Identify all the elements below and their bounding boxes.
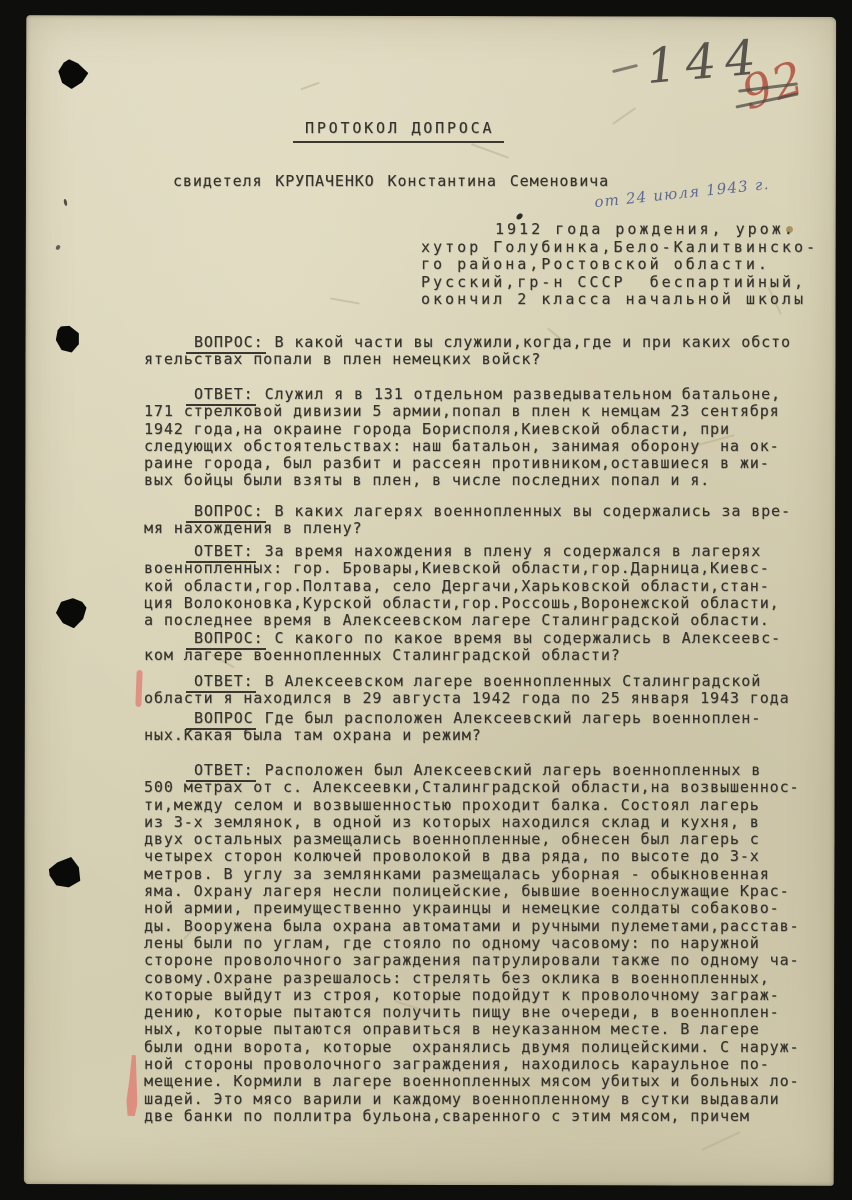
- answer-block-4: ОТВЕТ:Расположен был Алексеевский лагерь…: [144, 762, 852, 1125]
- answer-block-2: ОТВЕТ:За время нахождения в плену я соде…: [144, 543, 852, 629]
- answer-text: Расположен был Алексеевский лагерь военн…: [144, 761, 799, 1125]
- biography-block: 1912 года рождения, урож. хутор Голубинк…: [421, 221, 841, 309]
- answer-block-1: ОТВЕТ:Служил я в 131 отдельном разведыва…: [144, 386, 852, 490]
- page-title-text: ПРОТОКОЛ ДОПРОСА: [293, 119, 504, 143]
- question-block-2: ВОПРОС:В каких лагерях военнопленных вы …: [144, 503, 852, 538]
- page-title: ПРОТОКОЛ ДОПРОСА: [293, 119, 504, 137]
- question-block-1: ВОПРОС:В какой части вы служили,когда,гд…: [144, 334, 852, 369]
- question-block-3: ВОПРОС:С какого по какое время вы содерж…: [144, 630, 852, 665]
- answer-block-3: ОТВЕТ:В Алексеевском лагере военнопленны…: [144, 673, 852, 708]
- archive-photo: { "document": { "archive_page_number": "…: [0, 0, 852, 1200]
- witness-line: свидетеля КРУПАЧЕНКО Константина Семенов…: [173, 172, 609, 190]
- question-block-4: ВОПРОСГде был расположен Алексеевский ла…: [144, 710, 852, 745]
- red-margin-mark: [135, 670, 142, 707]
